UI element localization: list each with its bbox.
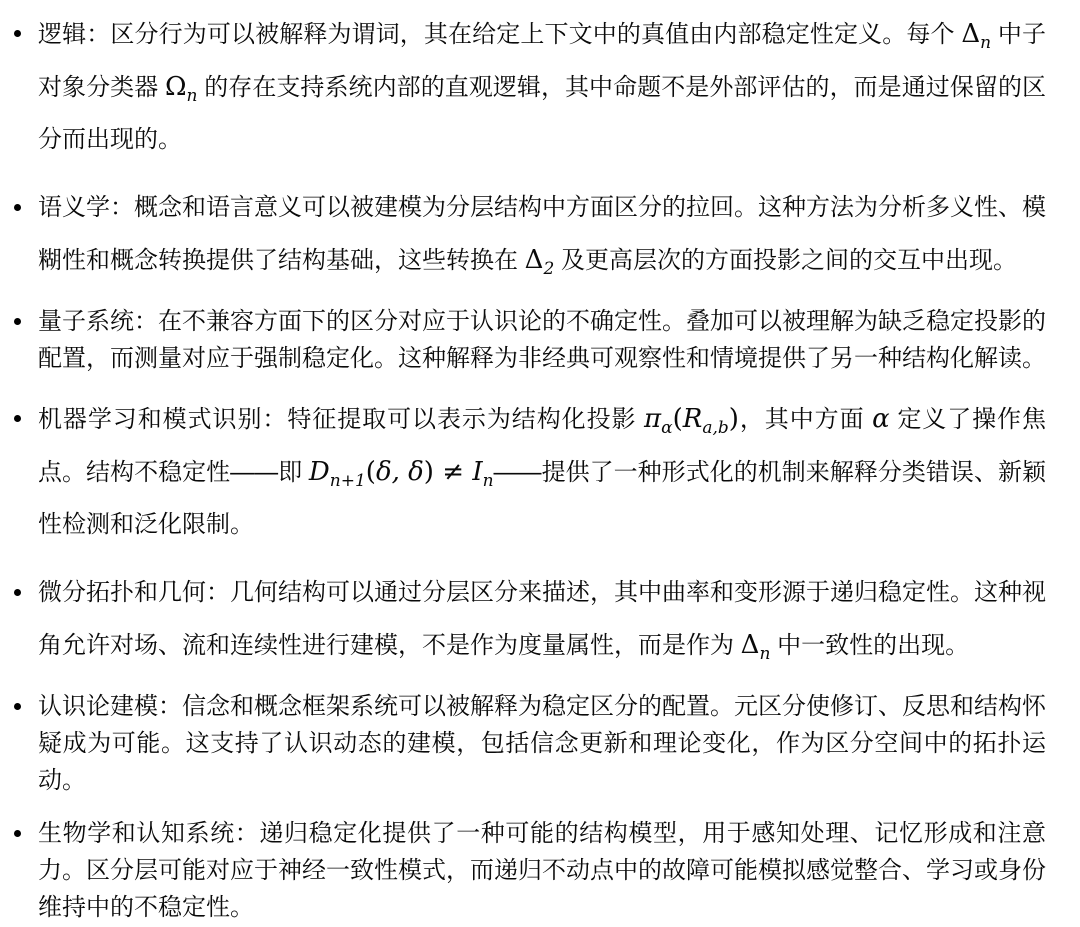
math-expression: Δn: [741, 630, 771, 660]
bullet-icon: [14, 415, 21, 422]
list-item-quantum-systems: 量子系统：在不兼容方面下的区分对应于认识论的不确定性。叠加可以被理解为缺乏稳定投…: [10, 303, 1046, 377]
text-run: 中一致性的出现。: [770, 632, 969, 659]
math-expression: Δ2: [525, 245, 555, 275]
bullet-icon: [14, 318, 21, 325]
math-expression: α: [872, 404, 890, 434]
math-expression: πα(Ra,b): [644, 404, 739, 434]
list-item-text: 逻辑：区分行为可以被解释为谓词，其在给定上下文中的真值由内部稳定性定义。每个 Δ…: [38, 21, 1046, 153]
math-expression: Δn: [961, 19, 991, 49]
bullet-icon: [14, 589, 21, 596]
list-item-semantics: 语义学：概念和语言意义可以被建模为分层结构中方面区分的拉回。这种方法为分析多义性…: [10, 182, 1046, 287]
list-item-epistemological-modeling: 认识论建模：信念和概念框架系统可以被解释为稳定区分的配置。元区分使修订、反思和结…: [10, 688, 1046, 799]
math-expression: Ωn: [165, 72, 198, 102]
bullet-icon: [14, 703, 21, 710]
text-run: 量子系统：在不兼容方面下的区分对应于认识论的不确定性。叠加可以被理解为缺乏稳定投…: [38, 308, 1046, 372]
list-item-text: 机器学习和模式识别：特征提取可以表示为结构化投影 πα(Ra,b)，其中方面 α…: [38, 406, 1046, 538]
math-expression: Dn+1(δ, δ) ≠ In: [309, 457, 494, 487]
text-run: 机器学习和模式识别：特征提取可以表示为结构化投影: [38, 406, 644, 433]
list-item-text: 生物学和认知系统：递归稳定化提供了一种可能的结构模型，用于感知处理、记忆形成和注…: [38, 820, 1046, 921]
bullet-icon: [14, 30, 21, 37]
list-item-biology-cognitive-systems: 生物学和认知系统：递归稳定化提供了一种可能的结构模型，用于感知处理、记忆形成和注…: [10, 815, 1046, 926]
text-run: 逻辑：区分行为可以被解释为谓词，其在给定上下文中的真值由内部稳定性定义。每个: [38, 21, 961, 48]
list-item-differential-topology: 微分拓扑和几何：几何结构可以通过分层区分来描述，其中曲率和变形源于递归稳定性。这…: [10, 567, 1046, 672]
list-item-logic: 逻辑：区分行为可以被解释为谓词，其在给定上下文中的真值由内部稳定性定义。每个 Δ…: [10, 8, 1046, 166]
bullet-icon: [14, 830, 21, 837]
document-page: 逻辑：区分行为可以被解释为谓词，其在给定上下文中的真值由内部稳定性定义。每个 Δ…: [0, 0, 1080, 926]
text-run: 认识论建模：信念和概念框架系统可以被解释为稳定区分的配置。元区分使修订、反思和结…: [38, 693, 1046, 794]
list-item-machine-learning: 机器学习和模式识别：特征提取可以表示为结构化投影 πα(Ra,b)，其中方面 α…: [10, 393, 1046, 551]
bullet-list: 逻辑：区分行为可以被解释为谓词，其在给定上下文中的真值由内部稳定性定义。每个 Δ…: [10, 8, 1046, 926]
text-run: 生物学和认知系统：递归稳定化提供了一种可能的结构模型，用于感知处理、记忆形成和注…: [38, 820, 1046, 921]
list-item-text: 认识论建模：信念和概念框架系统可以被解释为稳定区分的配置。元区分使修订、反思和结…: [38, 693, 1046, 794]
text-run: 及更高层次的方面投影之间的交互中出现。: [554, 247, 1017, 274]
bullet-icon: [14, 204, 21, 211]
list-item-text: 量子系统：在不兼容方面下的区分对应于认识论的不确定性。叠加可以被理解为缺乏稳定投…: [38, 308, 1046, 372]
text-run: ，其中方面: [739, 406, 872, 433]
list-item-text: 语义学：概念和语言意义可以被建模为分层结构中方面区分的拉回。这种方法为分析多义性…: [38, 194, 1046, 274]
list-item-text: 微分拓扑和几何：几何结构可以通过分层区分来描述，其中曲率和变形源于递归稳定性。这…: [38, 579, 1046, 659]
